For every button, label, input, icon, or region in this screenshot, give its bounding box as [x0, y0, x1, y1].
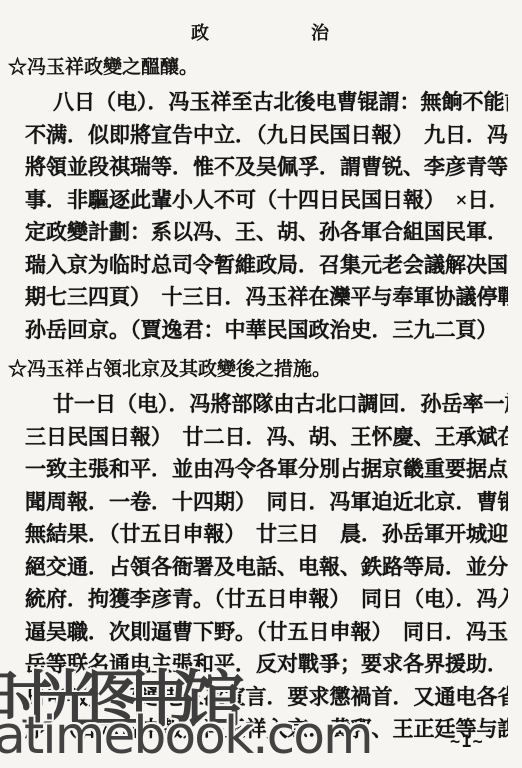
page-number: ~1~ [450, 732, 484, 752]
section-lines: 八日（电）．冯玉祥至古北後电曹锟謂：無餉不能前進．並对时局不满．似即將宣告中立．… [25, 86, 508, 346]
section-heading-text: 冯玉祥占領北京及其政變後之措施。 [27, 359, 331, 380]
scanned-document-page: 政 治 ☆冯玉祥政變之醞釀。 八日（电）．冯玉祥至古北後电曹锟謂：無餉不能前進．… [0, 0, 522, 768]
text-line: 日申報） 又通电三次宣言．要求懲禍首．又通电各省疆吏．到京維持秩 [25, 681, 508, 714]
text-line: 瑞入京为临时总司令暂維政局．召集元老会議解决国是。（响導八十九 [25, 249, 508, 282]
section-lines: 廿一日（电）．冯將部隊由古北口調回．孙岳率一旅入北京。（廿三日民国日報） 廿二日… [25, 388, 508, 746]
text-line: 事．非驅逐此輩小人不可（十四日民国日報） ×日．冯等在古北口会議 [25, 184, 508, 217]
text-line: 無結果．（廿五日申報） 廿三日 晨．孙岳軍开城迎冯軍入城．即断 [25, 518, 508, 551]
text-line: 八日（电）．冯玉祥至古北後电曹锟謂：無餉不能前進．並对时局 [25, 86, 508, 119]
page-title: 政 治 [0, 0, 522, 46]
text-line: 一致主張和平．並由冯令各軍分別占据京畿重要据点．即时出發。（国 [25, 453, 508, 486]
text-line: 逼吴職．次則逼曹下野。（廿五日申報） 同日．冯玉祥、胡景翼、孙 [25, 616, 508, 649]
star-bullet-icon: ☆ [8, 359, 27, 380]
section: ☆冯玉祥政變之醞釀。 八日（电）．冯玉祥至古北後电曹锟謂：無餉不能前進．並对时局… [0, 54, 522, 346]
text-line: 岳等联名通电主張和平．反对戰爭；要求各界援助．以謀改良。（廿五 [25, 648, 508, 681]
text-line: 將領並段祺瑞等．惟不及吴佩孚．謂曹锐、李彦青等朋比为奸．欲嫁禍 [25, 151, 508, 184]
text-line: 聞周報．一卷．十四期） 同日．冯軍迫近北京．曹锟召集会議謀对策． [25, 486, 508, 519]
text-line: 序。（廿六日申報）冯玉祥入京．黄郛、王正廷等与謀．冯等声明决計 [25, 713, 508, 746]
text-line: 定政變計劃：系以冯、王、胡、孙各軍合組国民軍．推倒曹吴．推段祺 [25, 216, 508, 249]
section-heading: ☆冯玉祥占領北京及其政變後之措施。 [8, 356, 522, 384]
text-line: 期七三四頁） 十三日．冯玉祥在灤平与奉軍协議停戰．率部与胡景翼、 [25, 281, 508, 314]
text-line: 三日民国日報） 廿二日．冯、胡、王怀慶、王承斌在北苑召开会議． [25, 421, 508, 454]
text-line: 不满．似即將宣告中立．（九日民国日報） 九日．冯申曹锟及直系各 [25, 119, 508, 152]
section: ☆冯玉祥占領北京及其政變後之措施。 廿一日（电）．冯將部隊由古北口調回．孙岳率一… [0, 356, 522, 746]
text-line: 統府．拘獲李彦青。（廿五日申報） 同日（电）．冯入京後首先迫曹 [25, 583, 508, 616]
section-heading-text: 冯玉祥政變之醞釀。 [27, 57, 198, 78]
text-line: 絕交通．占領各衙署及电話、电報、鉄路等局．並分兵駐各要点．圍总 [25, 551, 508, 584]
text-line: 孙岳回京。（賈逸君：中華民国政治史．三九二頁） [25, 314, 508, 347]
star-bullet-icon: ☆ [8, 57, 27, 78]
document-body: ☆冯玉祥政變之醞釀。 八日（电）．冯玉祥至古北後电曹锟謂：無餉不能前進．並对时局… [0, 54, 522, 746]
text-line: 廿一日（电）．冯將部隊由古北口調回．孙岳率一旅入北京。（廿 [25, 388, 508, 421]
section-heading: ☆冯玉祥政變之醞釀。 [8, 54, 522, 82]
